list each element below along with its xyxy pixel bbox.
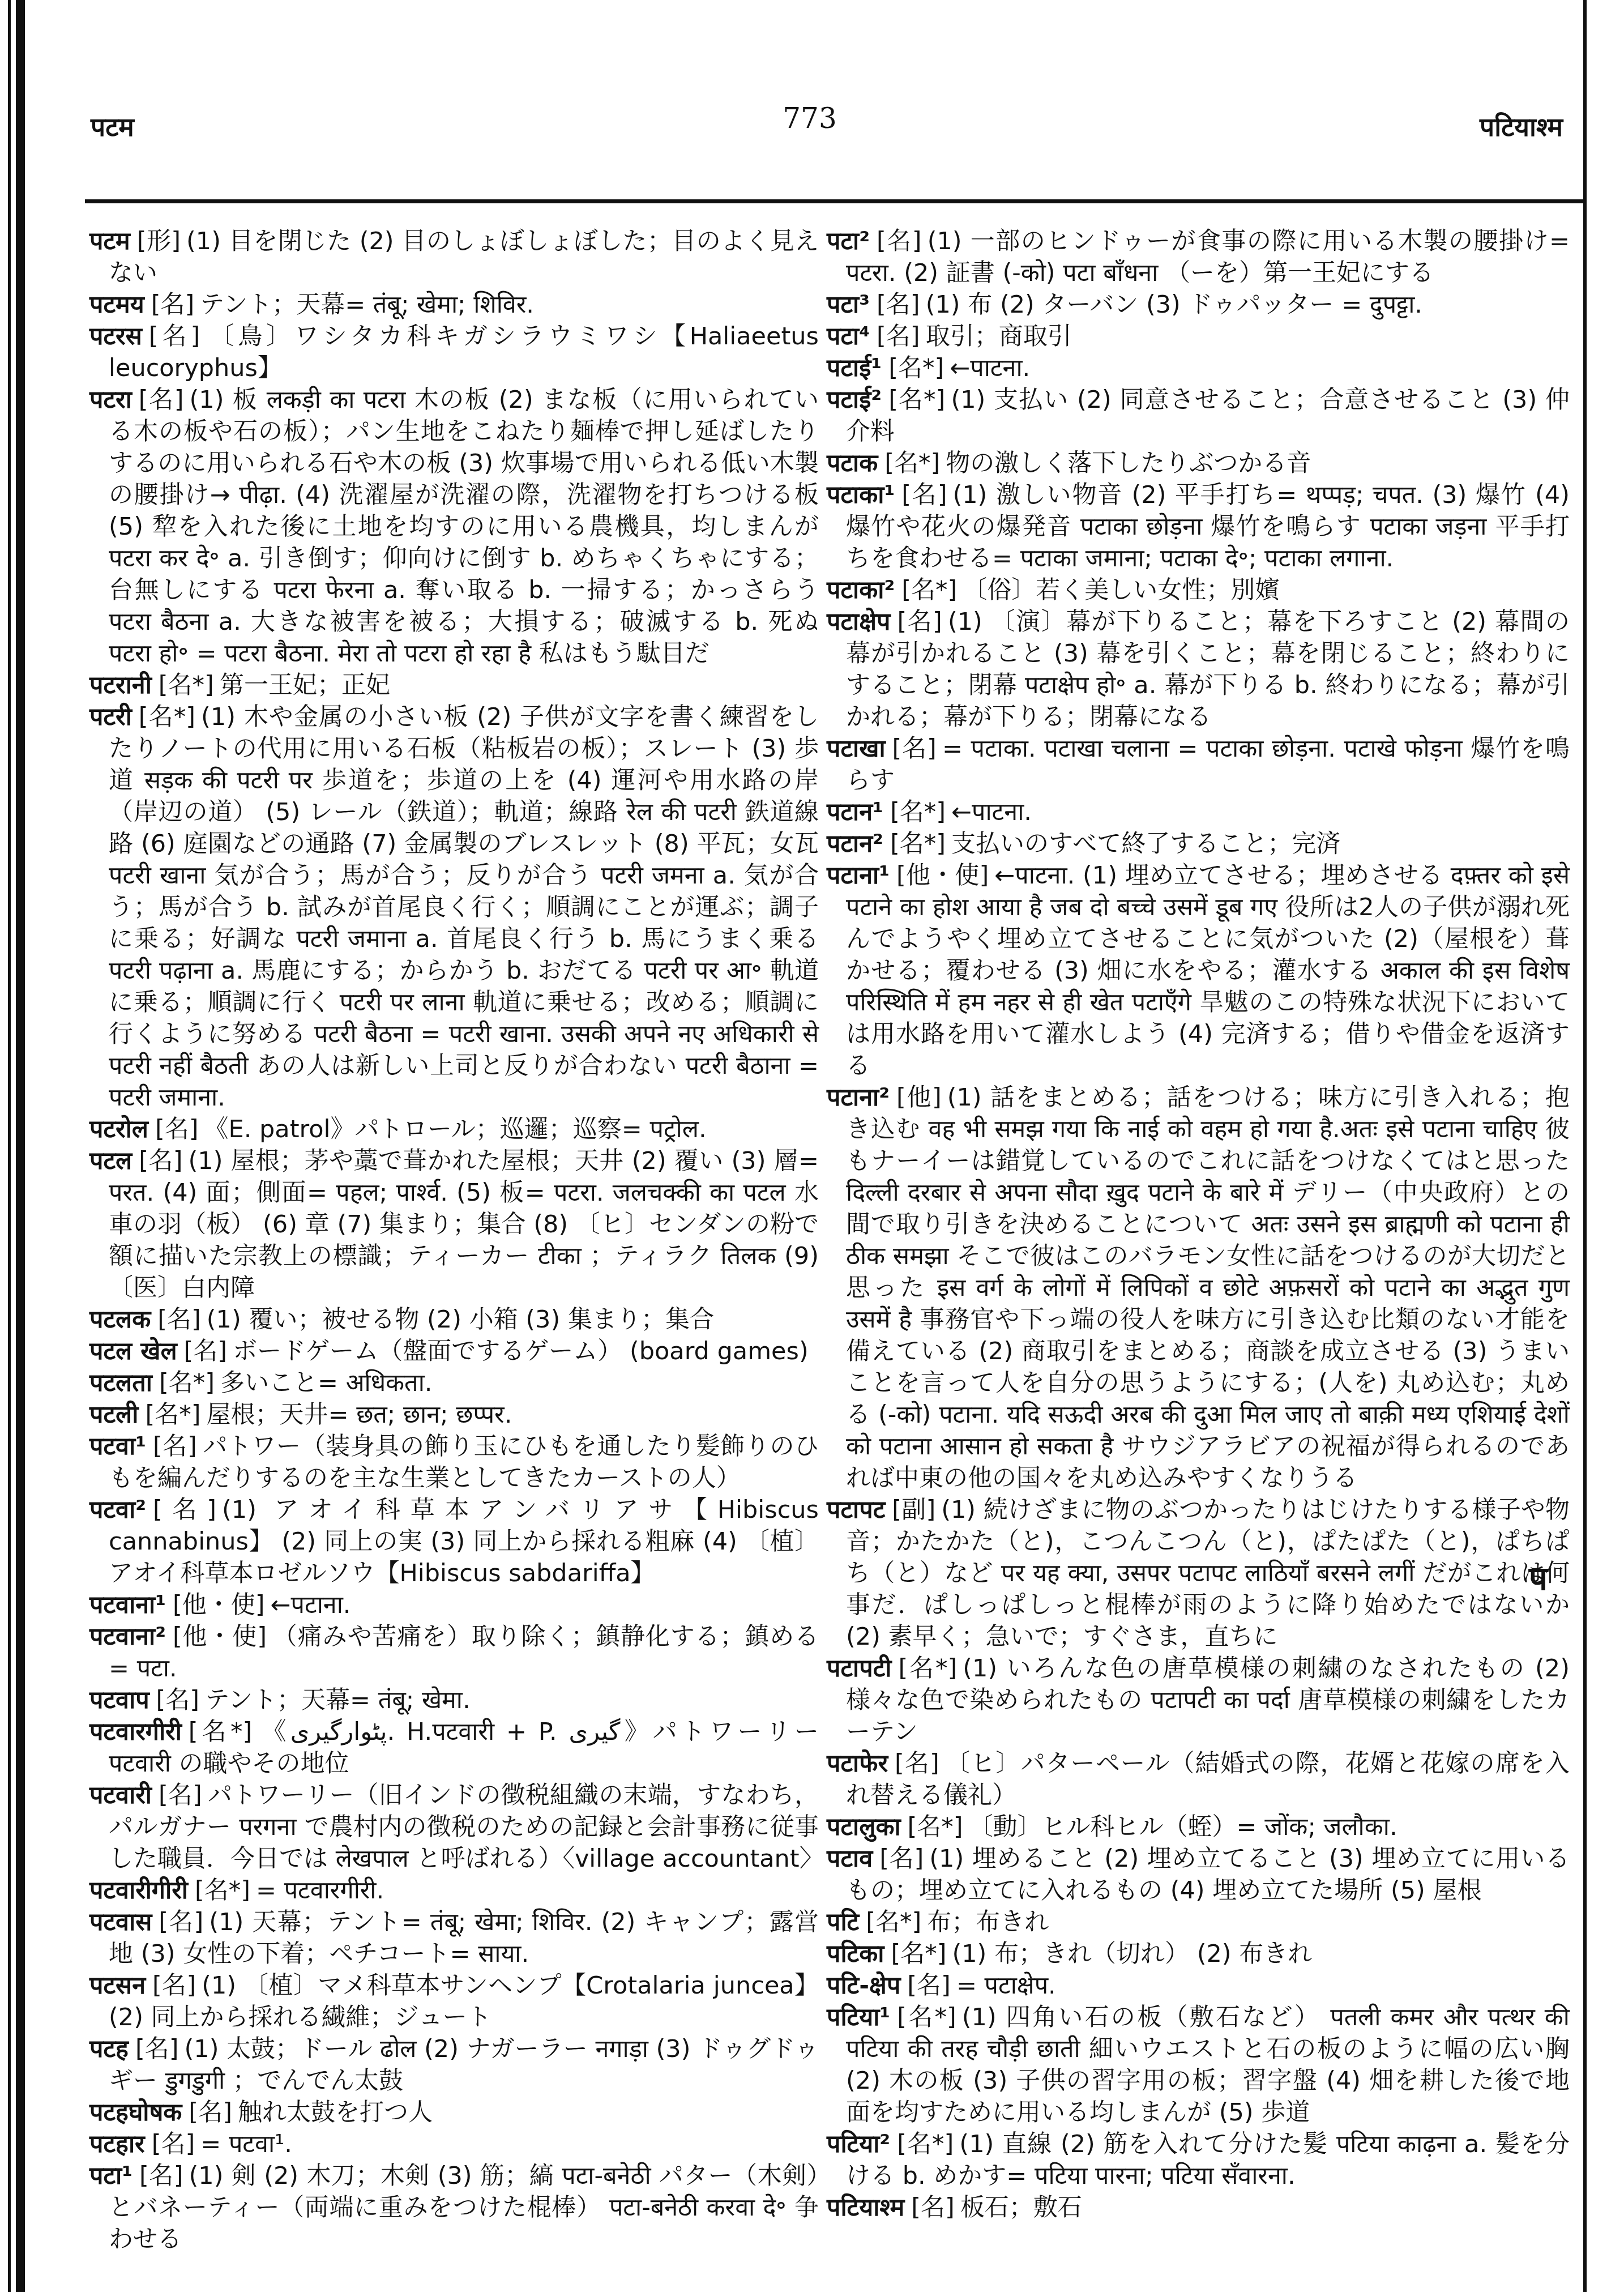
thumb-index-letter: प — [1529, 1555, 1548, 1599]
dictionary-entry: पटह[名](1) 太鼓；ドール ढोल (2) ナガーラー नगाड़ा (3… — [89, 2033, 819, 2097]
dictionary-entry: पटिया¹[名*](1) 四角い石の板（敷石など） पतली कमर और प… — [827, 2001, 1570, 2128]
entry-pos-tag: [名*] — [888, 354, 944, 382]
entry-headword: पटहार — [89, 2130, 145, 2158]
entry-pos-tag: [名] — [153, 1496, 216, 1524]
column-right: पटा²[名](1) 一部のヒンドゥーが食事の際に用いる木製の腰掛け= पटरा… — [827, 225, 1570, 2223]
entry-body: = पटवारगीरी. — [256, 1876, 384, 1905]
guide-word-right: पटियाश्म — [1480, 109, 1563, 144]
entry-headword: पटि-क्षेप — [827, 1971, 900, 2000]
dictionary-entry: पटहघोषक[名]触れ太鼓を打つ人 — [89, 2097, 819, 2128]
entry-body: (1) 天幕；テント= तंबू; खेमा; शिविर. (2) キャンプ；… — [109, 1908, 819, 1968]
entry-headword: पटसन — [89, 1971, 146, 2000]
dictionary-entry: पटापटी[名*](1) いろんな色の唐草模様の刺繍のなされたもの (2) 様… — [827, 1653, 1570, 1748]
page-left-edge-line — [8, 0, 11, 2292]
entry-headword: पटाका² — [827, 576, 895, 604]
dictionary-entry: पटरोल[名]《E. patrol》パトロール；巡邏；巡察= पट्रोल. — [89, 1113, 819, 1145]
entry-headword: पटवाप — [89, 1686, 149, 1714]
entry-headword: पटवारीगीरी — [89, 1876, 188, 1905]
entry-body: (1) 目を閉じた (2) 目のしょぼしょぼした；目のよく見えない — [109, 227, 819, 287]
dictionary-entry: पटालुका[名*]〔動〕ヒル科ヒル（蛭）= जोंक; जलौका. — [827, 1811, 1570, 1843]
dictionary-entry: पटवारीगीरी[名*]= पटवारगीरी. — [89, 1875, 819, 1906]
entry-pos-tag: [他・使] — [173, 1623, 267, 1651]
dictionary-entry: पटाई¹[名*]←पाटना. — [827, 352, 1570, 384]
dictionary-entry: पटा¹[名](1) 剣 (2) 木刀；木剣 (3) 筋；縞 पटा-बनेठी… — [89, 2160, 819, 2255]
entry-pos-tag: [名*] — [159, 1369, 215, 1397]
entry-headword: पटान² — [827, 830, 883, 858]
entry-body: (1) 続けざまに物のぶつかったりはじけたりする様子や物音；かたかた（と)，こつ… — [846, 1496, 1570, 1651]
dictionary-entry: पटवास[名](1) 天幕；テント= तंबू; खेमा; शिविर. (… — [89, 1906, 819, 1970]
entry-headword: पटाखा — [827, 735, 886, 763]
entry-headword: पटलक — [89, 1305, 151, 1334]
entry-body: 〔鳥〕ワシタカ科キガシラウミワシ【Haliaeetus leucoryphus】 — [109, 322, 819, 382]
entry-body: (1) 激しい物音 (2) 平手打ち= थप्पड़; चपत. (3) 爆竹 … — [846, 481, 1570, 573]
entry-headword: पटिया¹ — [827, 2003, 890, 2031]
entry-pos-tag: [名] — [911, 2193, 955, 2222]
entry-pos-tag: [名] — [152, 2130, 195, 2158]
dictionary-entry: पटवा¹[名]パトワー（装身具の飾り玉にひもを通したり髪飾りのひもを編んだりす… — [89, 1431, 819, 1494]
entry-headword: पटवाना² — [89, 1623, 166, 1651]
entry-body: (1) 覆い；被せる物 (2) 小箱 (3) 集まり；集合 — [207, 1305, 714, 1334]
entry-body: 支払いのすべて終了すること；完済 — [951, 830, 1340, 858]
entry-pos-tag: [名] — [159, 1908, 203, 1936]
entry-pos-tag: [名*] — [908, 1813, 963, 1841]
guide-word-left: पटम — [91, 109, 134, 144]
entry-pos-tag: [名*] — [897, 2003, 956, 2031]
entry-body: ←पाटना. — [950, 354, 1030, 382]
entry-pos-tag: [名*] — [890, 798, 946, 826]
entry-headword: पटालुका — [827, 1813, 901, 1841]
entry-body: (1) 支払い (2) 同意させること；合意させること (3) 仲介料 — [846, 386, 1570, 446]
entry-headword: पटलता — [89, 1369, 152, 1397]
entry-headword: पटिया² — [827, 2130, 890, 2158]
entry-pos-tag: [名] — [156, 1686, 200, 1714]
entry-pos-tag: [名] — [149, 322, 200, 351]
entry-body: 触れ太鼓を打つ人 — [238, 2098, 433, 2127]
entry-body: = पटाका. पटाखा चलाना = पटाका छोड़ना. पटा… — [846, 735, 1570, 795]
entry-pos-tag: [名] — [907, 1971, 951, 2000]
entry-body: 布；布きれ — [927, 1908, 1049, 1936]
entry-pos-tag: [他・使] — [896, 861, 989, 890]
dictionary-entry: पटाखा[名]= पटाका. पटाखा चलाना = पटाका छोड… — [827, 733, 1570, 796]
entry-pos-tag: [名*] — [891, 1940, 946, 1968]
entry-pos-tag: [名] — [901, 481, 947, 509]
entry-body: 第一王妃；正妃 — [220, 671, 390, 699]
dictionary-entry: पटरस[名]〔鳥〕ワシタカ科キガシラウミワシ【Haliaeetus leuco… — [89, 321, 819, 384]
dictionary-entry: पटलता[名*]多いこと= अधिकता. — [89, 1367, 819, 1399]
dictionary-entry: पटाफेर[名]〔ヒ〕パターペール（結婚式の際，花婿と花嫁の席を入れ替える儀礼… — [827, 1748, 1570, 1811]
dictionary-entry: पटसन[名](1) 〔植〕マメ科草本サンヘンプ【Crotalaria junc… — [89, 1970, 819, 2033]
entry-pos-tag: [名*] — [890, 830, 946, 858]
dictionary-entry: पटाव[名](1) 埋めること (2) 埋め立てること (3) 埋め立てに用い… — [827, 1843, 1570, 1906]
entry-body: (1) 布；きれ（切れ） (2) 布きれ — [952, 1940, 1312, 1968]
entry-pos-tag: [名] — [184, 1337, 228, 1365]
dictionary-entry: पटान²[名*]支払いのすべて終了すること；完済 — [827, 828, 1570, 860]
entry-headword: पटाना² — [827, 1083, 890, 1112]
entry-headword: पटापट — [827, 1496, 885, 1524]
dictionary-entry: पटा⁴[名]取引；商取引 — [827, 321, 1570, 352]
dictionary-entry: पटरा[名](1) 板 लकड़ी का पटरा 木の板 (2) まな板（に… — [89, 384, 819, 669]
entry-headword: पटवा² — [89, 1496, 146, 1524]
entry-body: (1) 屋根；茅や藁で葺かれた屋根；天井 (2) 覆い (3) 層= परत. … — [109, 1147, 819, 1302]
header-rule — [85, 199, 1585, 203]
entry-body: (1) 話をまとめる；話をつける；味方に引き入れる；抱き込む वह भी समझ… — [846, 1083, 1570, 1492]
dictionary-entry: पटवारी[名]パトワーリー（旧インドの徴税組織の末端，すなわち，パルガナー … — [89, 1779, 819, 1875]
entry-body: (1) 剣 (2) 木刀；木剣 (3) 筋；縞 पटा-बनेठी パター（木剣… — [109, 2162, 819, 2253]
dictionary-entry: पटवाना²[他・使]（痛みや苦痛を）取り除く；鎮静化する；鎮める= पटा. — [89, 1621, 819, 1684]
entry-pos-tag: [名] — [135, 2035, 179, 2063]
entry-body: 板石；敷石 — [960, 2193, 1082, 2222]
dictionary-entry: पटापट[副](1) 続けざまに物のぶつかったりはじけたりする様子や物音；かた… — [827, 1494, 1570, 1653]
entry-body: (1) 埋めること (2) 埋め立てること (3) 埋め立てに用いるもの；埋め立… — [846, 1845, 1570, 1905]
dictionary-entry: पटियाश्म[名]板石；敷石 — [827, 2192, 1570, 2223]
entry-pos-tag: [名*] — [195, 1876, 250, 1905]
dictionary-entry: पटाक्षेप[名](1) 〔演〕幕が下りること；幕を下ろすこと (2) 幕間… — [827, 606, 1570, 733]
entry-headword: पटाका¹ — [827, 481, 895, 509]
entry-pos-tag: [名] — [159, 1781, 202, 1809]
entry-pos-tag: [名] — [877, 322, 920, 351]
dictionary-entry: पटाका²[名*]〔俗〕若く美しい女性；別嬪 — [827, 574, 1570, 606]
entry-pos-tag: [名] — [189, 2098, 232, 2127]
entry-headword: पटरानी — [89, 671, 152, 699]
entry-body: 〔俗〕若く美しい女性；別嬪 — [963, 576, 1279, 604]
dictionary-entry: पटिका[名*](1) 布；きれ（切れ） (2) 布きれ — [827, 1938, 1570, 1970]
entry-pos-tag: [名*] — [139, 703, 195, 731]
entry-body: ←पाटना. — [951, 798, 1032, 826]
entry-headword: पटल खेल — [89, 1337, 177, 1365]
dictionary-entry: पटि-क्षेप[名]= पटाक्षेप. — [827, 1970, 1570, 2001]
entry-pos-tag: [名] — [139, 386, 184, 414]
dictionary-entry: पटवारगीरी[名*]《پٹوارگیری. H.पटवारी + P. گ… — [89, 1716, 819, 1779]
entry-pos-tag: [名*] — [145, 1401, 200, 1429]
entry-pos-tag: [名] — [155, 1115, 199, 1143]
entry-body: 〔動〕ヒル科ヒル（蛭）= जोंक; जलौका. — [969, 1813, 1398, 1841]
entry-pos-tag: [名*] — [866, 1908, 921, 1936]
entry-pos-tag: [名] — [892, 735, 937, 763]
entry-headword: पटरोल — [89, 1115, 148, 1143]
entry-body: 〔ヒ〕パターペール（結婚式の際，花婿と花嫁の席を入れ替える儀礼） — [846, 1749, 1570, 1809]
entry-pos-tag: [名] — [157, 1305, 201, 1334]
entry-pos-tag: [他] — [896, 1083, 942, 1112]
entry-body: (1) 直線 (2) 筋を入れて分けた髪 पटिया काढ़ना a. 髪を分… — [846, 2130, 1570, 2190]
dictionary-entry: पटरानी[名*]第一王妃；正妃 — [89, 669, 819, 701]
entry-headword: पटा⁴ — [827, 322, 870, 351]
dictionary-entry: पटाना¹[他・使]←पाटना. (1) 埋め立てさせる；埋めさせる दफ़… — [827, 860, 1570, 1082]
dictionary-entry: पटलक[名](1) 覆い；被せる物 (2) 小箱 (3) 集まり；集合 — [89, 1304, 819, 1335]
entry-pos-tag: [名*] — [189, 1718, 252, 1746]
page-left-binding-line — [16, 0, 25, 2292]
entry-body: 物の激しく落下したりぶつかる音 — [946, 449, 1311, 477]
entry-pos-tag: [形] — [137, 227, 181, 255]
entry-pos-tag: [名] — [153, 1432, 197, 1461]
entry-headword: पटहघोषक — [89, 2098, 182, 2127]
entry-headword: पटाव — [827, 1845, 873, 1873]
entry-body: = पटवा¹. — [200, 2130, 292, 2158]
entry-pos-tag: [副] — [892, 1496, 935, 1524]
dictionary-entry: पटल[名](1) 屋根；茅や藁で葺かれた屋根；天井 (2) 覆い (3) 層=… — [89, 1145, 819, 1304]
entry-body: パトワー（装身具の飾り玉にひもを通したり髪飾りのひもを編んだりするのを主な生業と… — [109, 1432, 819, 1492]
entry-headword: पटान¹ — [827, 798, 883, 826]
dictionary-entry: पटाना²[他](1) 話をまとめる；話をつける；味方に引き入れる；抱き込む … — [827, 1082, 1570, 1494]
entry-headword: पटा¹ — [89, 2162, 133, 2190]
dictionary-entry: पटरी[名*](1) 木や金属の小さい板 (2) 子供が文字を書く練習をしたり… — [89, 701, 819, 1113]
entry-body: (1) 〔植〕マメ科草本サンヘンプ【Crotalaria juncea】 (2)… — [109, 1971, 819, 2031]
dictionary-entry: पटवा²[名](1) アオイ科草本アンバリアサ【Hibiscus cannab… — [89, 1494, 819, 1589]
entry-headword: पटाई¹ — [827, 354, 882, 382]
entry-headword: पटाना¹ — [827, 861, 890, 890]
entry-pos-tag: [名*] — [897, 2130, 954, 2158]
entry-headword: पटवाना¹ — [89, 1591, 166, 1619]
entry-headword: पटा² — [827, 227, 870, 255]
entry-headword: पटह — [89, 2035, 129, 2063]
entry-pos-tag: [名*] — [159, 671, 214, 699]
column-left: पटम[形](1) 目を閉じた (2) 目のしょぼしょぼした；目のよく見えない … — [89, 225, 819, 2255]
entry-headword: पटवा¹ — [89, 1432, 146, 1461]
entry-pos-tag: [名*] — [898, 1654, 957, 1683]
entry-body: (1) 太鼓；ドール ढोल (2) ナガーラー नगाड़ा (3) ドゥグド… — [109, 2035, 819, 2095]
entry-headword: पटाफेर — [827, 1749, 888, 1778]
entry-body: (1) 木や金属の小さい板 (2) 子供が文字を書く練習をしたりノートの代用に用… — [109, 703, 819, 1112]
entry-headword: पटरस — [89, 322, 142, 351]
dictionary-page: पटम 773 पटियाश्म पटम[形](1) 目を閉じた (2) 目のし… — [0, 0, 1624, 2292]
entry-headword: पटवारगीरी — [89, 1718, 182, 1746]
entry-pos-tag: [名*] — [888, 386, 945, 414]
entry-pos-tag: [名] — [898, 608, 942, 636]
entry-body: 多いこと= अधिकता. — [220, 1369, 432, 1397]
entry-pos-tag: [他・使] — [173, 1591, 265, 1619]
entry-body: テント；天幕= तंबू; खेमा. — [205, 1686, 470, 1714]
entry-body: テント；天幕= तंबू; खेमा; शिविर. — [200, 291, 534, 319]
entry-body: (1) 一部のヒンドゥーが食事の際に用いる木製の腰掛け= पटरा. (2) 証… — [846, 227, 1570, 287]
dictionary-entry: पटान¹[名*]←पाटना. — [827, 796, 1570, 828]
dictionary-entry: पटवाना¹[他・使]←पटाना. — [89, 1589, 819, 1621]
entry-body: パトワーリー（旧インドの徴税組織の末端，すなわち，パルガナー परगना で農村… — [109, 1781, 824, 1873]
dictionary-entry: पटा³[名](1) 布 (2) ターバン (3) ドゥパッター = दुपट्… — [827, 289, 1570, 321]
entry-pos-tag: [名] — [877, 291, 920, 319]
entry-pos-tag: [名] — [139, 2162, 183, 2190]
dictionary-entry: पटाका¹[名](1) 激しい物音 (2) 平手打ち= थप्पड़; चपत… — [827, 479, 1570, 574]
entry-headword: पटि — [827, 1908, 859, 1936]
entry-headword: पटवारी — [89, 1781, 152, 1809]
entry-body: 《E. patrol》パトロール；巡邏；巡察= पट्रोल. — [204, 1115, 707, 1143]
dictionary-entry: पटवाप[名]テント；天幕= तंबू; खेमा. — [89, 1684, 819, 1716]
page-right-edge-line — [1583, 0, 1587, 2292]
entry-headword: पटरा — [89, 386, 132, 414]
entry-body: (1) 〔演〕幕が下りること；幕を下ろすこと (2) 幕間の幕が引かれること (… — [846, 608, 1570, 731]
entry-headword: पटवास — [89, 1908, 152, 1936]
dictionary-entry: पटम[形](1) 目を閉じた (2) 目のしょぼしょぼした；目のよく見えない — [89, 225, 819, 289]
entry-body: (1) 布 (2) ターバン (3) ドゥパッター = दुपट्टा. — [926, 291, 1422, 319]
page-header: पटम 773 पटियाश्म — [85, 102, 1585, 142]
entry-pos-tag: [名*] — [901, 576, 957, 604]
entry-headword: पटा³ — [827, 291, 870, 319]
entry-headword: पटमय — [89, 291, 144, 319]
entry-pos-tag: [名] — [879, 1845, 924, 1873]
dictionary-entry: पटि[名*]布；布きれ — [827, 1906, 1570, 1938]
entry-pos-tag: [名] — [139, 1147, 182, 1175]
entry-headword: पटापटी — [827, 1654, 891, 1683]
entry-pos-tag: [名] — [895, 1749, 939, 1778]
entry-body: (1) 板 लकड़ी का पटरा 木の板 (2) まな板（に用いられている… — [109, 386, 819, 668]
dictionary-entry: पटल खेल[名]ボードゲーム（盤面でするゲーム） (board games) — [89, 1335, 819, 1367]
entry-headword: पटाई² — [827, 386, 882, 414]
entry-pos-tag: [名] — [152, 1971, 196, 2000]
dictionary-entry: पटिया²[名*](1) 直線 (2) 筋を入れて分けた髪 पटिया काढ… — [827, 2128, 1570, 2192]
entry-body: = पटाक्षेप. — [956, 1971, 1056, 2000]
entry-headword: पटल — [89, 1147, 132, 1175]
dictionary-entry: पटाक[名*]物の激しく落下したりぶつかる音 — [827, 447, 1570, 479]
entry-pos-tag: [名*] — [884, 449, 940, 477]
entry-headword: पटियाश्म — [827, 2193, 904, 2222]
entry-pos-tag: [名] — [877, 227, 922, 255]
dictionary-entry: पटा²[名](1) 一部のヒンドゥーが食事の際に用いる木製の腰掛け= पटरा… — [827, 225, 1570, 289]
dictionary-entry: पटली[名*]屋根；天井= छत; छान; छप्पर. — [89, 1399, 819, 1431]
dictionary-entry: पटहार[名]= पटवा¹. — [89, 2128, 819, 2160]
entry-headword: पटाक्षेप — [827, 608, 891, 636]
entry-body: ←पाटना. (1) 埋め立てさせる；埋めさせる दफ़्तर को इसे … — [846, 861, 1570, 1080]
dictionary-entry: पटमय[名]テント；天幕= तंबू; खेमा; शिविर. — [89, 289, 819, 321]
entry-body: ボードゲーム（盤面でするゲーム） (board games) — [233, 1337, 809, 1365]
entry-body: 屋根；天井= छत; छान; छप्पर. — [206, 1401, 512, 1429]
entry-headword: पटली — [89, 1401, 138, 1429]
dictionary-entry: पटाई²[名*](1) 支払い (2) 同意させること；合意させること (3)… — [827, 384, 1570, 447]
entry-body: 取引；商取引 — [926, 322, 1072, 351]
entry-headword: पटम — [89, 227, 130, 255]
entry-headword: पटिका — [827, 1940, 884, 1968]
entry-body: ←पटाना. — [271, 1591, 351, 1619]
page-number: 773 — [753, 102, 866, 135]
entry-headword: पटरी — [89, 703, 132, 731]
entry-headword: पटाक — [827, 449, 878, 477]
entry-pos-tag: [名] — [151, 291, 195, 319]
